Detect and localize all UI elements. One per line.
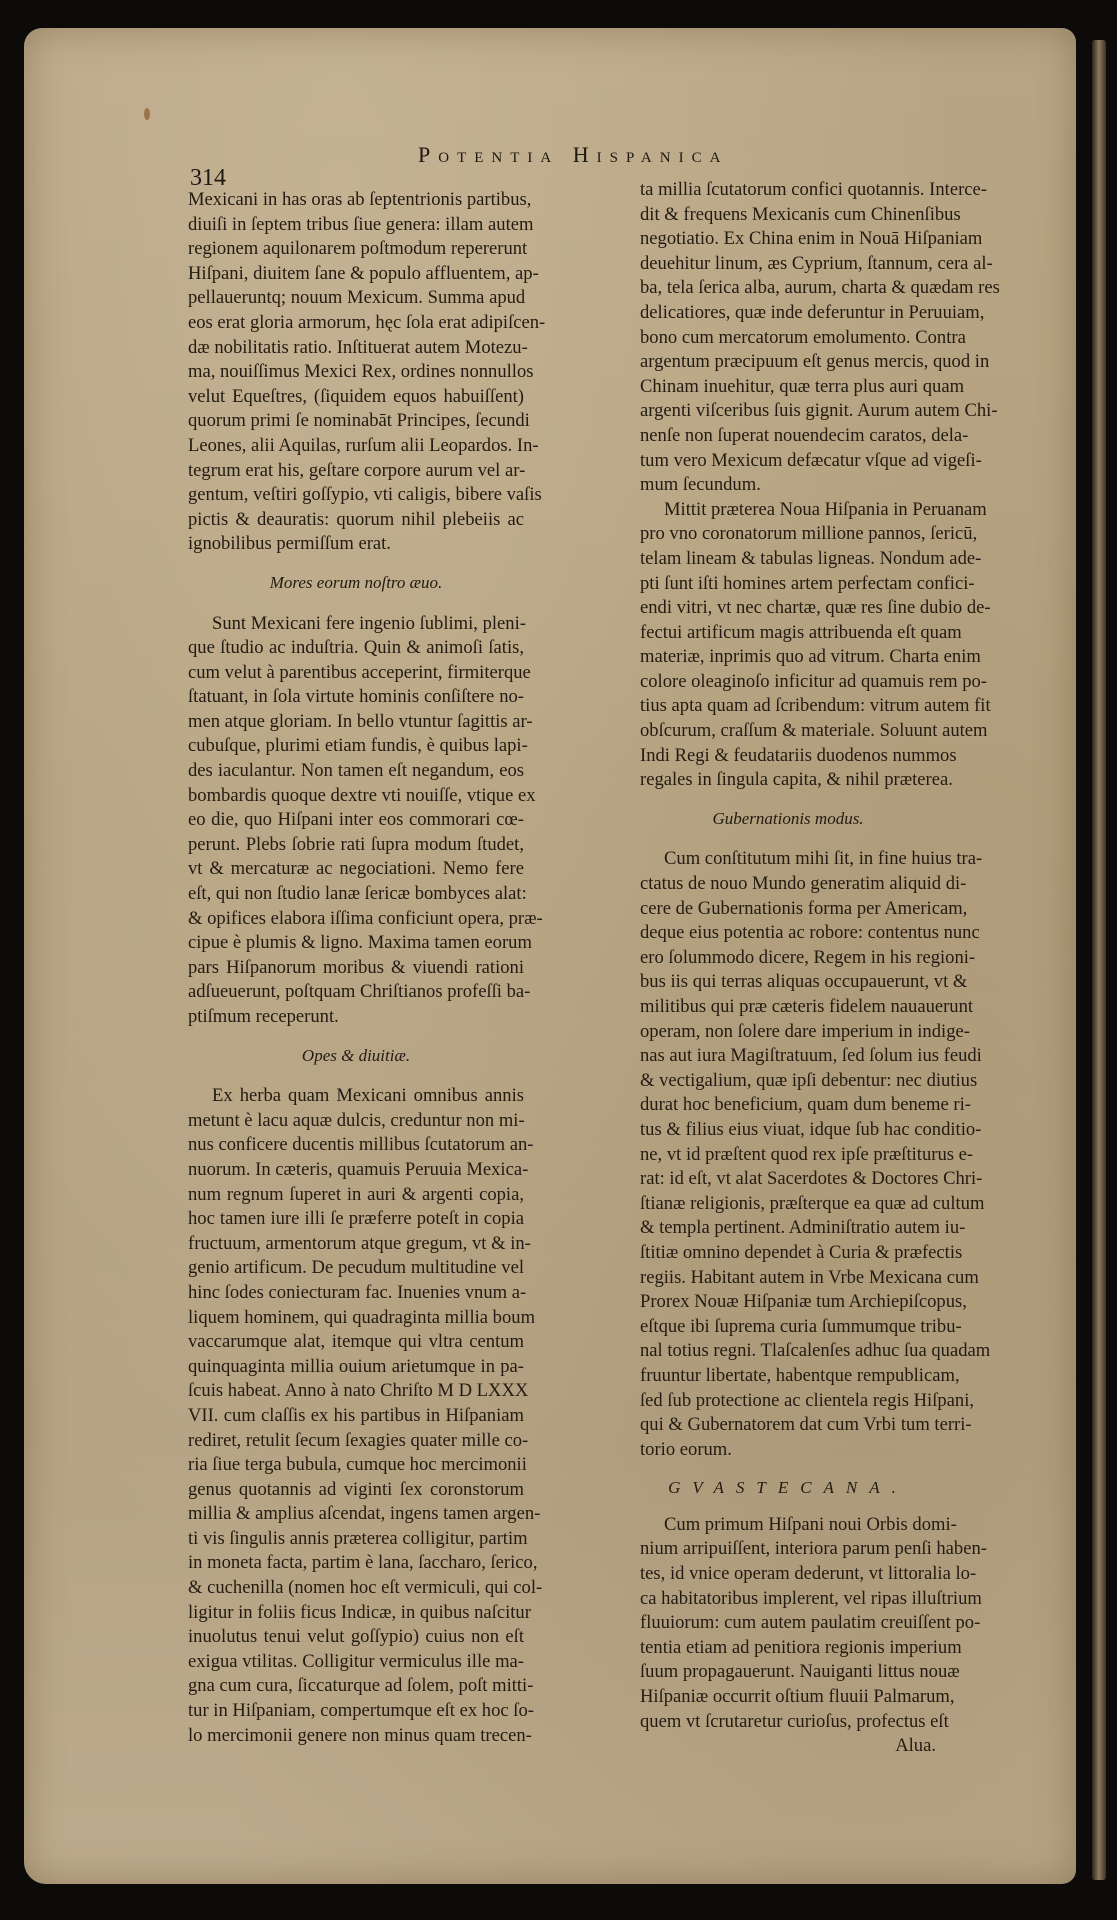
text-line: diuiſi in ſeptem tribus ſiue genera: ill…	[188, 213, 524, 238]
text-line: argentum præcipuum eſt genus mercis, quo…	[640, 350, 936, 375]
text-line: Cum primum Hiſpani noui Orbis domi-	[640, 1513, 936, 1538]
text-line: dit & frequens Mexicanis cum Chinenſibus	[640, 203, 936, 228]
text-line: bono cum mercatorum emolumento. Contra	[640, 326, 936, 351]
text-line: telam lineam & tabulas ligneas. Nondum a…	[640, 547, 936, 572]
text-line: quinquaginta millia ouium arietumque in …	[188, 1355, 524, 1380]
text-line: nenſe non ſuperat nouendecim caratos, de…	[640, 424, 936, 449]
catchword: Alua.	[640, 1734, 936, 1759]
text-line: lo mercimonii genere non minus quam trec…	[188, 1724, 524, 1749]
text-line: Mittit præterea Noua Hiſpania in Peruana…	[640, 498, 936, 523]
text-line: ſcuis habeat. Anno à nato Chriſto M D LX…	[188, 1379, 524, 1404]
text-line: ignobilibus permiſſum erat.	[188, 532, 524, 557]
text-line: ſed ſub protectione ac clientela regis H…	[640, 1389, 936, 1414]
text-line: vt & mercaturæ ac negociationi. Nemo fer…	[188, 857, 524, 882]
text-line: Hiſpaniæ occurrit oſtium fluuii Palmarum…	[640, 1685, 936, 1710]
text-line: adſueuerunt, poſtquam Chriſtianos profeſ…	[188, 980, 524, 1005]
text-line: tius apta quam ad ſcribendum: vitrum aut…	[640, 694, 936, 719]
text-line: mum ſecundum.	[640, 473, 936, 498]
text-line: que ſtudio ac induſtria. Quin & animoſi …	[188, 636, 524, 661]
text-line: negotiatio. Ex China enim in Nouā Hiſpan…	[640, 227, 936, 252]
text-line: fluuiorum: cum autem paulatim creuiſſent…	[640, 1611, 936, 1636]
text-line: tum vero Mexicum defæcatur vſque ad vige…	[640, 449, 936, 474]
text-line: ta millia ſcutatorum confici quotannis. …	[640, 178, 936, 203]
text-line: & cuchenilla (nomen hoc eſt vermiculi, q…	[188, 1576, 524, 1601]
text-line: ſtatuant, in ſola virtute hominis conſiſ…	[188, 685, 524, 710]
right-column: ta millia ſcutatorum confici quotannis. …	[640, 178, 936, 1759]
text-line: rat: id eſt, vt alat Sacerdotes & Doctor…	[640, 1167, 936, 1192]
text-line: operam, non ſolere dare imperium in indi…	[640, 1020, 936, 1045]
text-line: men atque gloriam. In bello vtuntur ſagi…	[188, 710, 524, 735]
text-line: Sunt Mexicani fere ingenio ſublimi, plen…	[188, 612, 524, 637]
paragraph-exports: Mittit præterea Noua Hiſpania in Peruana…	[640, 498, 936, 793]
text-line: obſcurum, craſſum & materiale. Soluunt a…	[640, 719, 936, 744]
text-line: qui & Gubernatorem dat cum Vrbi tum terr…	[640, 1413, 936, 1438]
text-line: ctatus de nouo Mundo generatim aliquid d…	[640, 872, 936, 897]
text-line: endi vitri, vt nec chartæ, quæ res ſine …	[640, 596, 936, 621]
text-line: militibus qui præ cæteris fidelem nauaue…	[640, 995, 936, 1020]
text-line: inuolutus tenui velut goſſypio) cuius no…	[188, 1625, 524, 1650]
subheading-opes: Opes & diuitiæ.	[188, 1044, 524, 1069]
text-line: tus & filius eius viuat, idque ſub hac c…	[640, 1118, 936, 1143]
paragraph-origins: Mexicani in has oras ab ſeptentrionis pa…	[188, 188, 524, 557]
text-line: quorum primi ſe nominabāt Principes, ſec…	[188, 409, 524, 434]
paragraph-mores: Sunt Mexicani fere ingenio ſublimi, plen…	[188, 612, 524, 1030]
text-line: tentia etiam ad penitiora regionis imper…	[640, 1636, 936, 1661]
text-line: fruuntur libertate, habentque rempublica…	[640, 1364, 936, 1389]
text-line: Prorex Nouæ Hiſpaniæ tum Archiepiſcopus,	[640, 1290, 936, 1315]
text-line: dæ nobilitatis ratio. Inſtituerat autem …	[188, 336, 524, 361]
text-line: cere de Gubernationis forma per Americam…	[640, 897, 936, 922]
text-line: ba, tela ſerica alba, aurum, charta & qu…	[640, 276, 936, 301]
text-line: Leones, alii Aquilas, rurſum alii Leopar…	[188, 434, 524, 459]
text-line: Cum conſtitutum mihi ſit, in fine huius …	[640, 847, 936, 872]
subheading-mores: Mores eorum noſtro æuo.	[188, 571, 524, 596]
text-line: ptiſmum receperunt.	[188, 1005, 524, 1030]
text-line: cum velut à parentibus acceperint, firmi…	[188, 661, 524, 686]
text-line: eo die, quo Hiſpani inter eos commorari …	[188, 808, 524, 833]
text-line: ſuum propagauerunt. Nauiganti littus nou…	[640, 1660, 936, 1685]
text-line: ria ſiue terga bubula, cumque hoc mercim…	[188, 1453, 524, 1478]
text-line: nuorum. In cæteris, quamuis Peruuia Mexi…	[188, 1158, 524, 1183]
text-line: durat hoc beneficium, quam dum beneme ri…	[640, 1093, 936, 1118]
text-line: ſtitiæ omnino dependet à Curia & præfect…	[640, 1241, 936, 1266]
text-line: torio eorum.	[640, 1438, 936, 1463]
text-line: genus quotannis ad viginti ſex coronstor…	[188, 1478, 524, 1503]
text-line: perunt. Plebs ſobrie rati ſupra modum ſt…	[188, 833, 524, 858]
text-line: nal totius regni. Tlaſcalenſes adhuc ſua…	[640, 1339, 936, 1364]
paragraph-guastecana: Cum primum Hiſpani noui Orbis domi-nium …	[640, 1513, 936, 1734]
text-line: fructuum, armentorum atque gregum, vt & …	[188, 1232, 524, 1257]
text-line: millia & amplius aſcendat, ingens tamen …	[188, 1502, 524, 1527]
text-line: eos erat gloria armorum, hęc ſola erat a…	[188, 311, 524, 336]
text-line: regionem aquilonarem poſtmodum repererun…	[188, 237, 524, 262]
text-line: pars Hiſpanorum moribus & viuendi ration…	[188, 956, 524, 981]
text-line: materiæ, inprimis quo ad vitrum. Charta …	[640, 645, 936, 670]
text-line: quem vt ſcrutaretur curioſus, profectus …	[640, 1710, 936, 1735]
text-line: ma, nouiſſimus Mexici Rex, ordines nonnu…	[188, 360, 524, 385]
left-column: Mexicani in has oras ab ſeptentrionis pa…	[188, 188, 524, 1748]
text-line: gna cum cura, ſiccaturque ad ſolem, poſt…	[188, 1674, 524, 1699]
text-line: in moneta facta, partim è lana, ſaccharo…	[188, 1551, 524, 1576]
text-line: metunt è lacu aquæ dulcis, creduntur non…	[188, 1109, 524, 1134]
text-line: regales in ſingula capita, & nihil præte…	[640, 768, 936, 793]
running-head: Potentia Hispanica	[418, 142, 728, 168]
text-line: cipue è plumis & ligno. Maxima tamen eor…	[188, 931, 524, 956]
text-line: genio artificum. De pecudum multitudine …	[188, 1256, 524, 1281]
text-line: ero ſolummodo dicere, Regem in his regio…	[640, 946, 936, 971]
text-line: hinc ſodes coniecturam fac. Inuenies vnu…	[188, 1281, 524, 1306]
text-line: nas aut iura Magiſtratuum, ſed ſolum ius…	[640, 1044, 936, 1069]
text-line: Hiſpani, diuitem ſane & populo affluente…	[188, 262, 524, 287]
text-line: eſtque ibi ſuprema curia ſummumque tribu…	[640, 1315, 936, 1340]
text-line: bus iis qui terras aliquas occupauerunt,…	[640, 970, 936, 995]
text-line: deque eius potentia ac robore: contentus…	[640, 921, 936, 946]
text-line: cubuſque, plurimi etiam fundis, è quibus…	[188, 734, 524, 759]
text-line: exigua vtilitas. Colligitur vermiculus i…	[188, 1650, 524, 1675]
subheading-gubernationis: Gubernationis modus.	[640, 807, 936, 832]
text-line: fectui artificum magis attribuenda eſt q…	[640, 621, 936, 646]
text-line: Indi Regi & feudatariis duodenos nummos	[640, 744, 936, 769]
text-line: pellaueruntq; nouum Mexicum. Summa apud	[188, 286, 524, 311]
text-line: pictis & deauratis: quorum nihil plebeii…	[188, 508, 524, 533]
text-line: rediret, retulit ſecum ſexagies quater m…	[188, 1429, 524, 1454]
text-line: & opifices elabora iſſima conficiunt ope…	[188, 907, 524, 932]
section-title-guastecana: GVASTECANA.	[640, 1476, 936, 1501]
text-line: delicatiores, quæ inde deferuntur in Per…	[640, 301, 936, 326]
text-line: bombardis quoque dextre vti nouiſſe, vti…	[188, 784, 524, 809]
text-line: Ex herba quam Mexicani omnibus annis	[188, 1084, 524, 1109]
text-line: pti ſunt iſti homines artem perfectam co…	[640, 572, 936, 597]
text-line: argenti viſceribus ſuis gignit. Aurum au…	[640, 399, 936, 424]
text-line: ti vis ſingulis annis præterea colligitu…	[188, 1527, 524, 1552]
text-line: nium arripuiſſent, interiora parum penſi…	[640, 1537, 936, 1562]
text-line: vaccarumque alat, itemque qui vltra cent…	[188, 1330, 524, 1355]
text-line: eſt, qui non ſtudio lanæ ſericæ bombyces…	[188, 882, 524, 907]
text-line: ca habitatoribus implerent, vel ripas il…	[640, 1587, 936, 1612]
text-line: & vectigalium, quæ ipſi debentur: nec di…	[640, 1069, 936, 1094]
text-line: VII. cum claſſis ex his partibus in Hiſp…	[188, 1404, 524, 1429]
text-line: Mexicani in has oras ab ſeptentrionis pa…	[188, 188, 524, 213]
adjacent-page-edge	[1092, 40, 1106, 1880]
text-line: num regnum ſuperet in auri & argenti cop…	[188, 1183, 524, 1208]
text-line: des iaculantur. Non tamen eſt negandum, …	[188, 759, 524, 784]
text-line: gentum, veſtiri goſſypio, vti caligis, b…	[188, 483, 524, 508]
text-line: & templa pertinent. Adminiſtratio autem …	[640, 1216, 936, 1241]
paragraph-commerce: ta millia ſcutatorum confici quotannis. …	[640, 178, 936, 498]
text-line: tur in Hiſpaniam, compertumque eſt ex ho…	[188, 1699, 524, 1724]
paper-stain	[144, 108, 150, 120]
text-line: colore oleaginoſo inficitur ad quamuis r…	[640, 670, 936, 695]
text-line: Chinam inuehitur, quæ terra plus auri qu…	[640, 375, 936, 400]
text-line: ligitur in foliis ficus Indicæ, in quibu…	[188, 1601, 524, 1626]
paragraph-government: Cum conſtitutum mihi ſit, in fine huius …	[640, 847, 936, 1462]
text-line: liquem hominem, qui quadraginta millia b…	[188, 1306, 524, 1331]
text-line: ne, vt id præſtent quod rex ipſe præſtit…	[640, 1143, 936, 1168]
text-line: tegrum erat his, geſtare corpore aurum v…	[188, 459, 524, 484]
text-line: velut Equeſtres, (ſiquidem equos habuiſſ…	[188, 385, 524, 410]
text-line: nus conficere ducentis millibus ſcutator…	[188, 1133, 524, 1158]
text-line: pro vno coronatorum millione pannos, ſer…	[640, 522, 936, 547]
paragraph-opes: Ex herba quam Mexicani omnibus annismetu…	[188, 1084, 524, 1748]
text-line: ſtianæ religionis, præſterque ea quæ ad …	[640, 1192, 936, 1217]
text-line: hoc tamen iure illi ſe præferre poteſt i…	[188, 1207, 524, 1232]
text-line: deuehitur linum, æs Cyprium, ſtannum, ce…	[640, 252, 936, 277]
text-line: tes, id vnice operam dederunt, vt littor…	[640, 1562, 936, 1587]
text-line: regiis. Habitant autem in Vrbe Mexicana …	[640, 1266, 936, 1291]
